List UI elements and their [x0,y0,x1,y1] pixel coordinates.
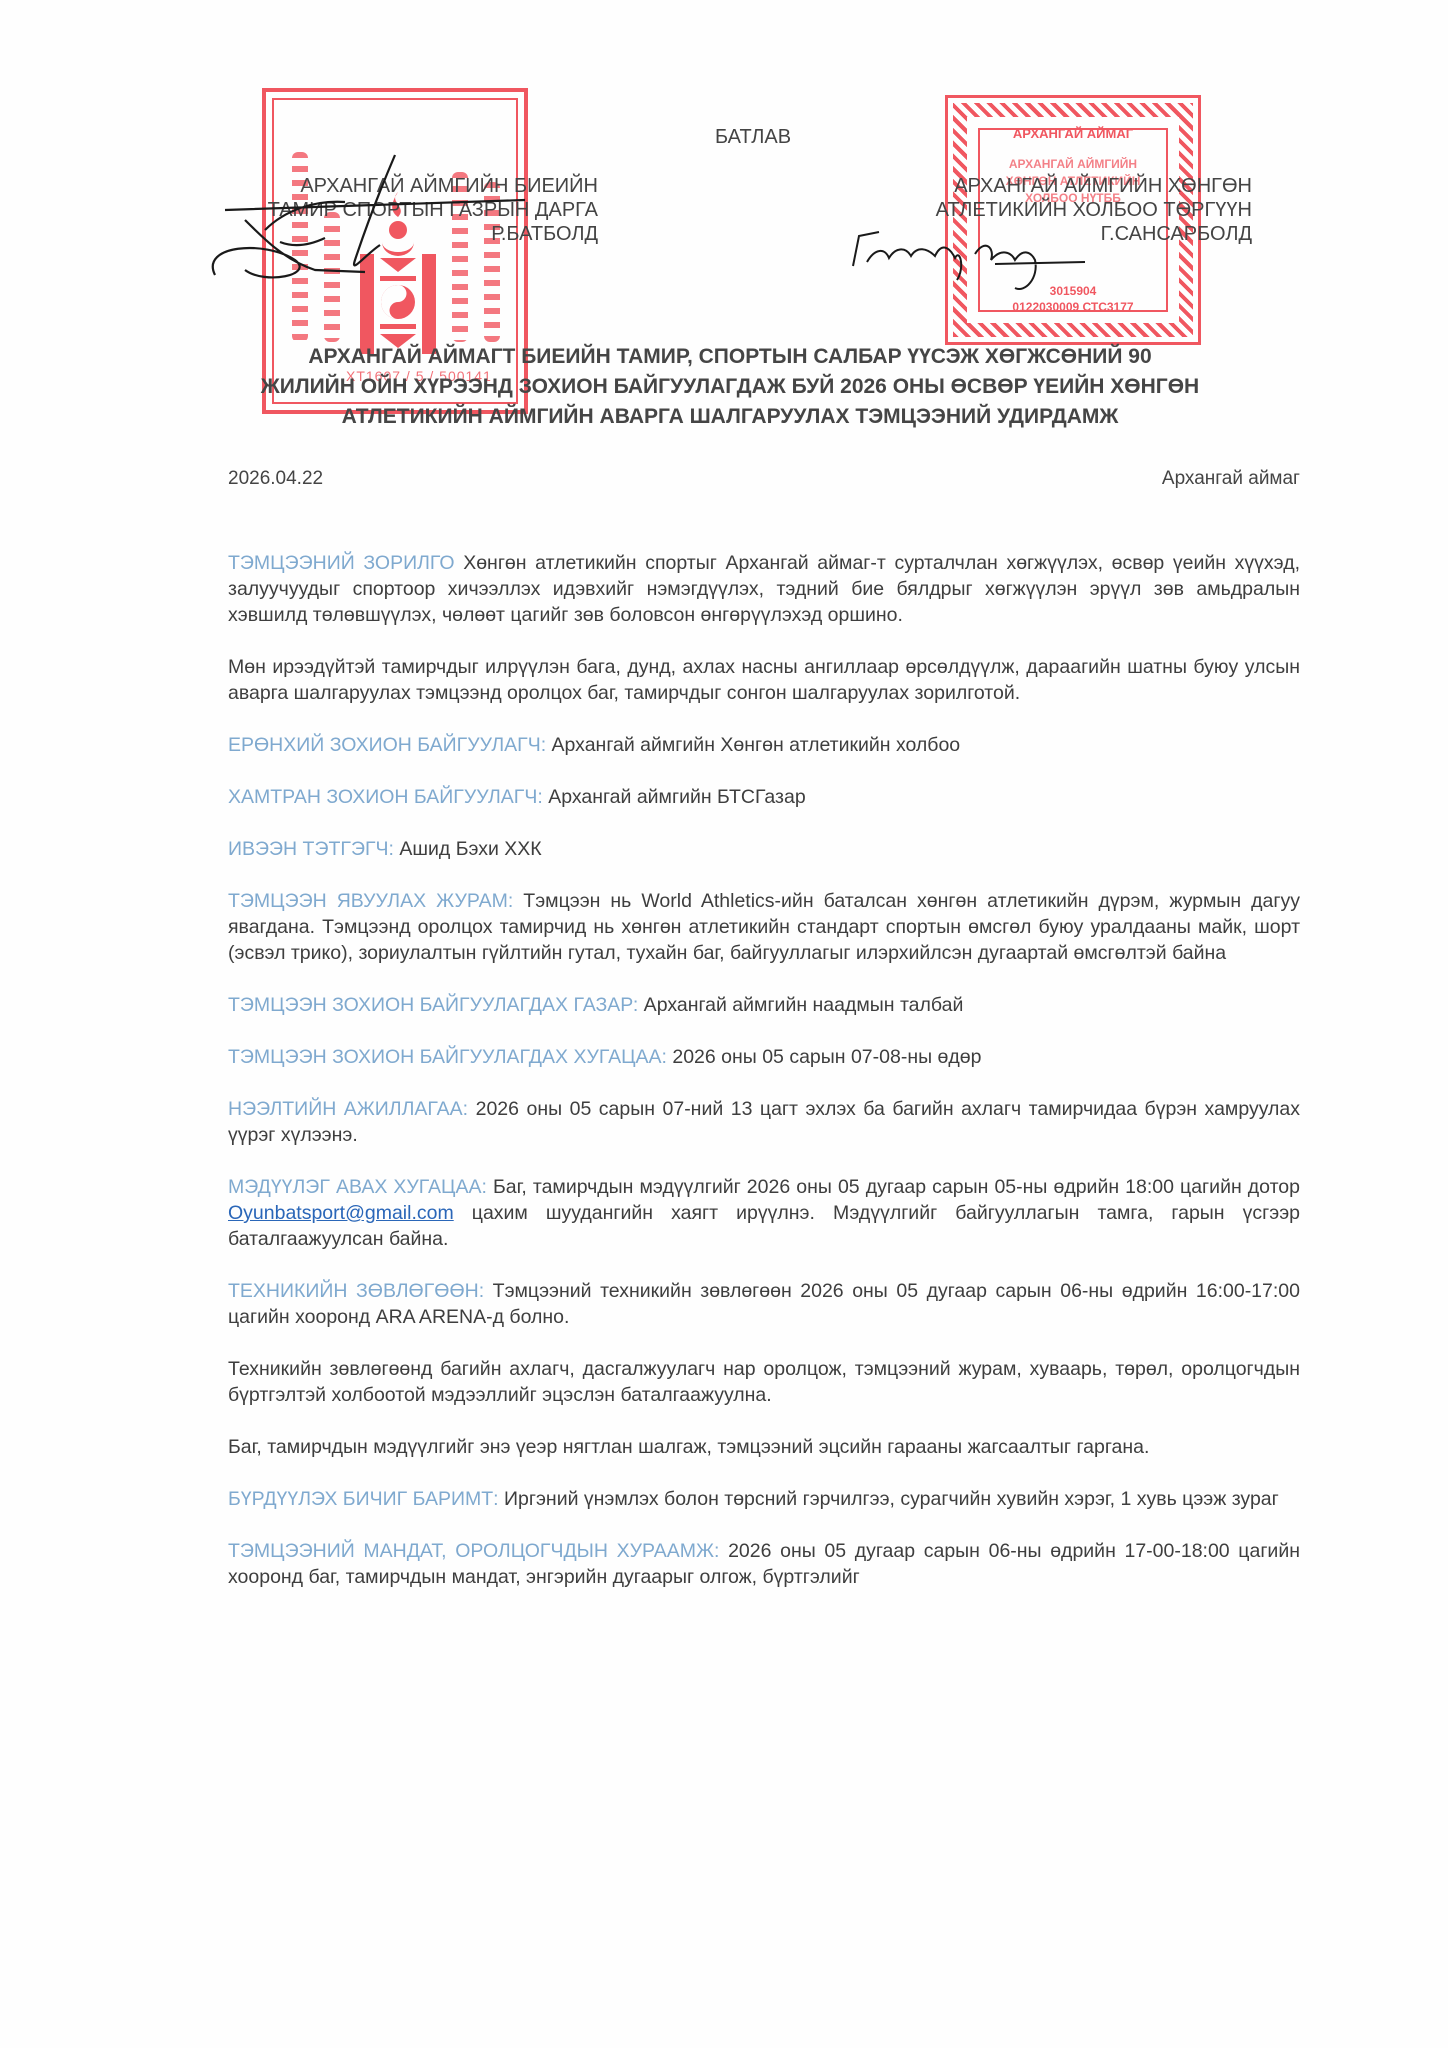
section-text: 2026 оны 05 сарын 07-08-ны өдөр [667,1046,982,1068]
section-text: Архангай аймгийн БТСГазар [543,786,806,808]
section-goal-continued: Мөн ирээдүйтэй тамирчдыг илрүүлэн бага, … [228,654,1300,706]
section-label: НЭЭЛТИЙН АЖИЛЛАГАА: [228,1098,468,1120]
section-rules: ТЭМЦЭЭН ЯВУУЛАХ ЖУРАМ: Тэмцээн нь World … [228,888,1300,966]
section-label: ТЕХНИКИЙН ЗӨВЛӨГӨӨН: [228,1280,484,1302]
section-text: Баг, тамирчдын мэдүүлгийг энэ үеэр нягтл… [228,1436,1149,1458]
section-label: МЭДҮҮЛЭГ АВАХ ХУГАЦАА: [228,1176,487,1198]
section-text: Техникийн зөвлөгөөнд багийн ахлагч, дасг… [228,1358,1300,1406]
section-documents: БҮРДҮҮЛЭХ БИЧИГ БАРИМТ: Иргэний үнэмлэх … [228,1486,1300,1512]
section-dates: ТЭМЦЭЭН ЗОХИОН БАЙГУУЛАГДАХ ХУГАЦАА: 202… [228,1044,1300,1070]
stamp-subtitle-line: АРХАНГАЙ АЙМГИЙН [948,156,1198,173]
document-body: ТЭМЦЭЭНИЙ ЗОРИЛГО Хөнгөн атлетикийн спор… [228,550,1300,1616]
section-label: ТЭМЦЭЭНИЙ МАНДАТ, ОРОЛЦОГЧДЫН ХУРААМЖ: [228,1540,719,1562]
signatory-title: АРХАНГАЙ АЙМГИЙН ХӨНГӨН [860,174,1252,198]
document-place: Архангай аймаг [1162,468,1300,490]
document-title: АРХАНГАЙ АЙМАГТ БИЕИЙН ТАМИР, СПОРТЫН СА… [240,342,1220,432]
section-label: ТЭМЦЭЭН ЗОХИОН БАЙГУУЛАГДАХ ГАЗАР: [228,994,638,1016]
email-link[interactable]: Oyunbatsport@gmail.com [228,1202,454,1224]
section-label: ТЭМЦЭЭНИЙ ЗОРИЛГО [228,552,455,574]
section-text: Баг, тамирчдын мэдүүлгийг 2026 оны 05 ду… [487,1176,1300,1198]
section-venue: ТЭМЦЭЭН ЗОХИОН БАЙГУУЛАГДАХ ГАЗАР: Архан… [228,992,1300,1018]
approval-label: БАТЛАВ [715,126,791,149]
document-page: ХТ1607 / 5 / 500141 АРХАНГАЙ АЙМАГ АРХАН… [0,0,1448,2048]
handwritten-signature-left-icon [205,150,525,310]
section-text: Иргэний үнэмлэх болон төрсний гэрчилгээ,… [499,1488,1279,1510]
section-co-organizer: ХАМТРАН ЗОХИОН БАЙГУУЛАГЧ: Архангай аймг… [228,784,1300,810]
section-label: ИВЭЭН ТЭТГЭГЧ: [228,838,394,860]
section-label: ХАМТРАН ЗОХИОН БАЙГУУЛАГЧ: [228,786,543,808]
section-technical-start-list: Баг, тамирчдын мэдүүлгийг энэ үеэр нягтл… [228,1434,1300,1460]
title-line: ЖИЛИЙН ОЙН ХҮРЭЭНД ЗОХИОН БАЙГУУЛАГДАЖ Б… [240,372,1220,402]
section-label: ТЭМЦЭЭН ЗОХИОН БАЙГУУЛАГДАХ ХУГАЦАА: [228,1046,667,1068]
section-label: ТЭМЦЭЭН ЯВУУЛАХ ЖУРАМ: [228,890,513,912]
section-technical-details: Техникийн зөвлөгөөнд багийн ахлагч, дасг… [228,1356,1300,1408]
section-goal: ТЭМЦЭЭНИЙ ЗОРИЛГО Хөнгөн атлетикийн спор… [228,550,1300,628]
section-registration: МЭДҮҮЛЭГ АВАХ ХУГАЦАА: Баг, тамирчдын мэ… [228,1174,1300,1252]
stamp-number: 0122030009 СТС3177 [948,299,1198,315]
section-label: ЕРӨНХИЙ ЗОХИОН БАЙГУУЛАГЧ: [228,734,546,756]
section-text: Архангай аймгийн наадмын талбай [638,994,963,1016]
title-line: АТЛЕТИКИЙН АЙМГИЙН АВАРГА ШАЛГАРУУЛАХ ТЭ… [240,402,1220,432]
section-mandate: ТЭМЦЭЭНИЙ МАНДАТ, ОРОЛЦОГЧДЫН ХУРААМЖ: 2… [228,1538,1300,1590]
section-text: Архангай аймгийн Хөнгөн атлетикийн холбо… [546,734,960,756]
title-line: АРХАНГАЙ АЙМАГТ БИЕИЙН ТАМИР, СПОРТЫН СА… [240,342,1220,372]
section-sponsor: ИВЭЭН ТЭТГЭГЧ: Ашид Бэхи ХХК [228,836,1300,862]
handwritten-signature-right-icon [845,218,1095,298]
section-text: Мөн ирээдүйтэй тамирчдыг илрүүлэн бага, … [228,656,1300,704]
document-date: 2026.04.22 [228,468,323,490]
section-label: БҮРДҮҮЛЭХ БИЧИГ БАРИМТ: [228,1488,499,1510]
stamp-title: АРХАНГАЙ АЙМАГ [948,126,1198,141]
section-text: Ашид Бэхи ХХК [394,838,542,860]
section-opening: НЭЭЛТИЙН АЖИЛЛАГАА: 2026 оны 05 сарын 07… [228,1096,1300,1148]
section-main-organizer: ЕРӨНХИЙ ЗОХИОН БАЙГУУЛАГЧ: Архангай аймг… [228,732,1300,758]
section-technical: ТЕХНИКИЙН ЗӨВЛӨГӨӨН: Тэмцээний техникийн… [228,1278,1300,1330]
